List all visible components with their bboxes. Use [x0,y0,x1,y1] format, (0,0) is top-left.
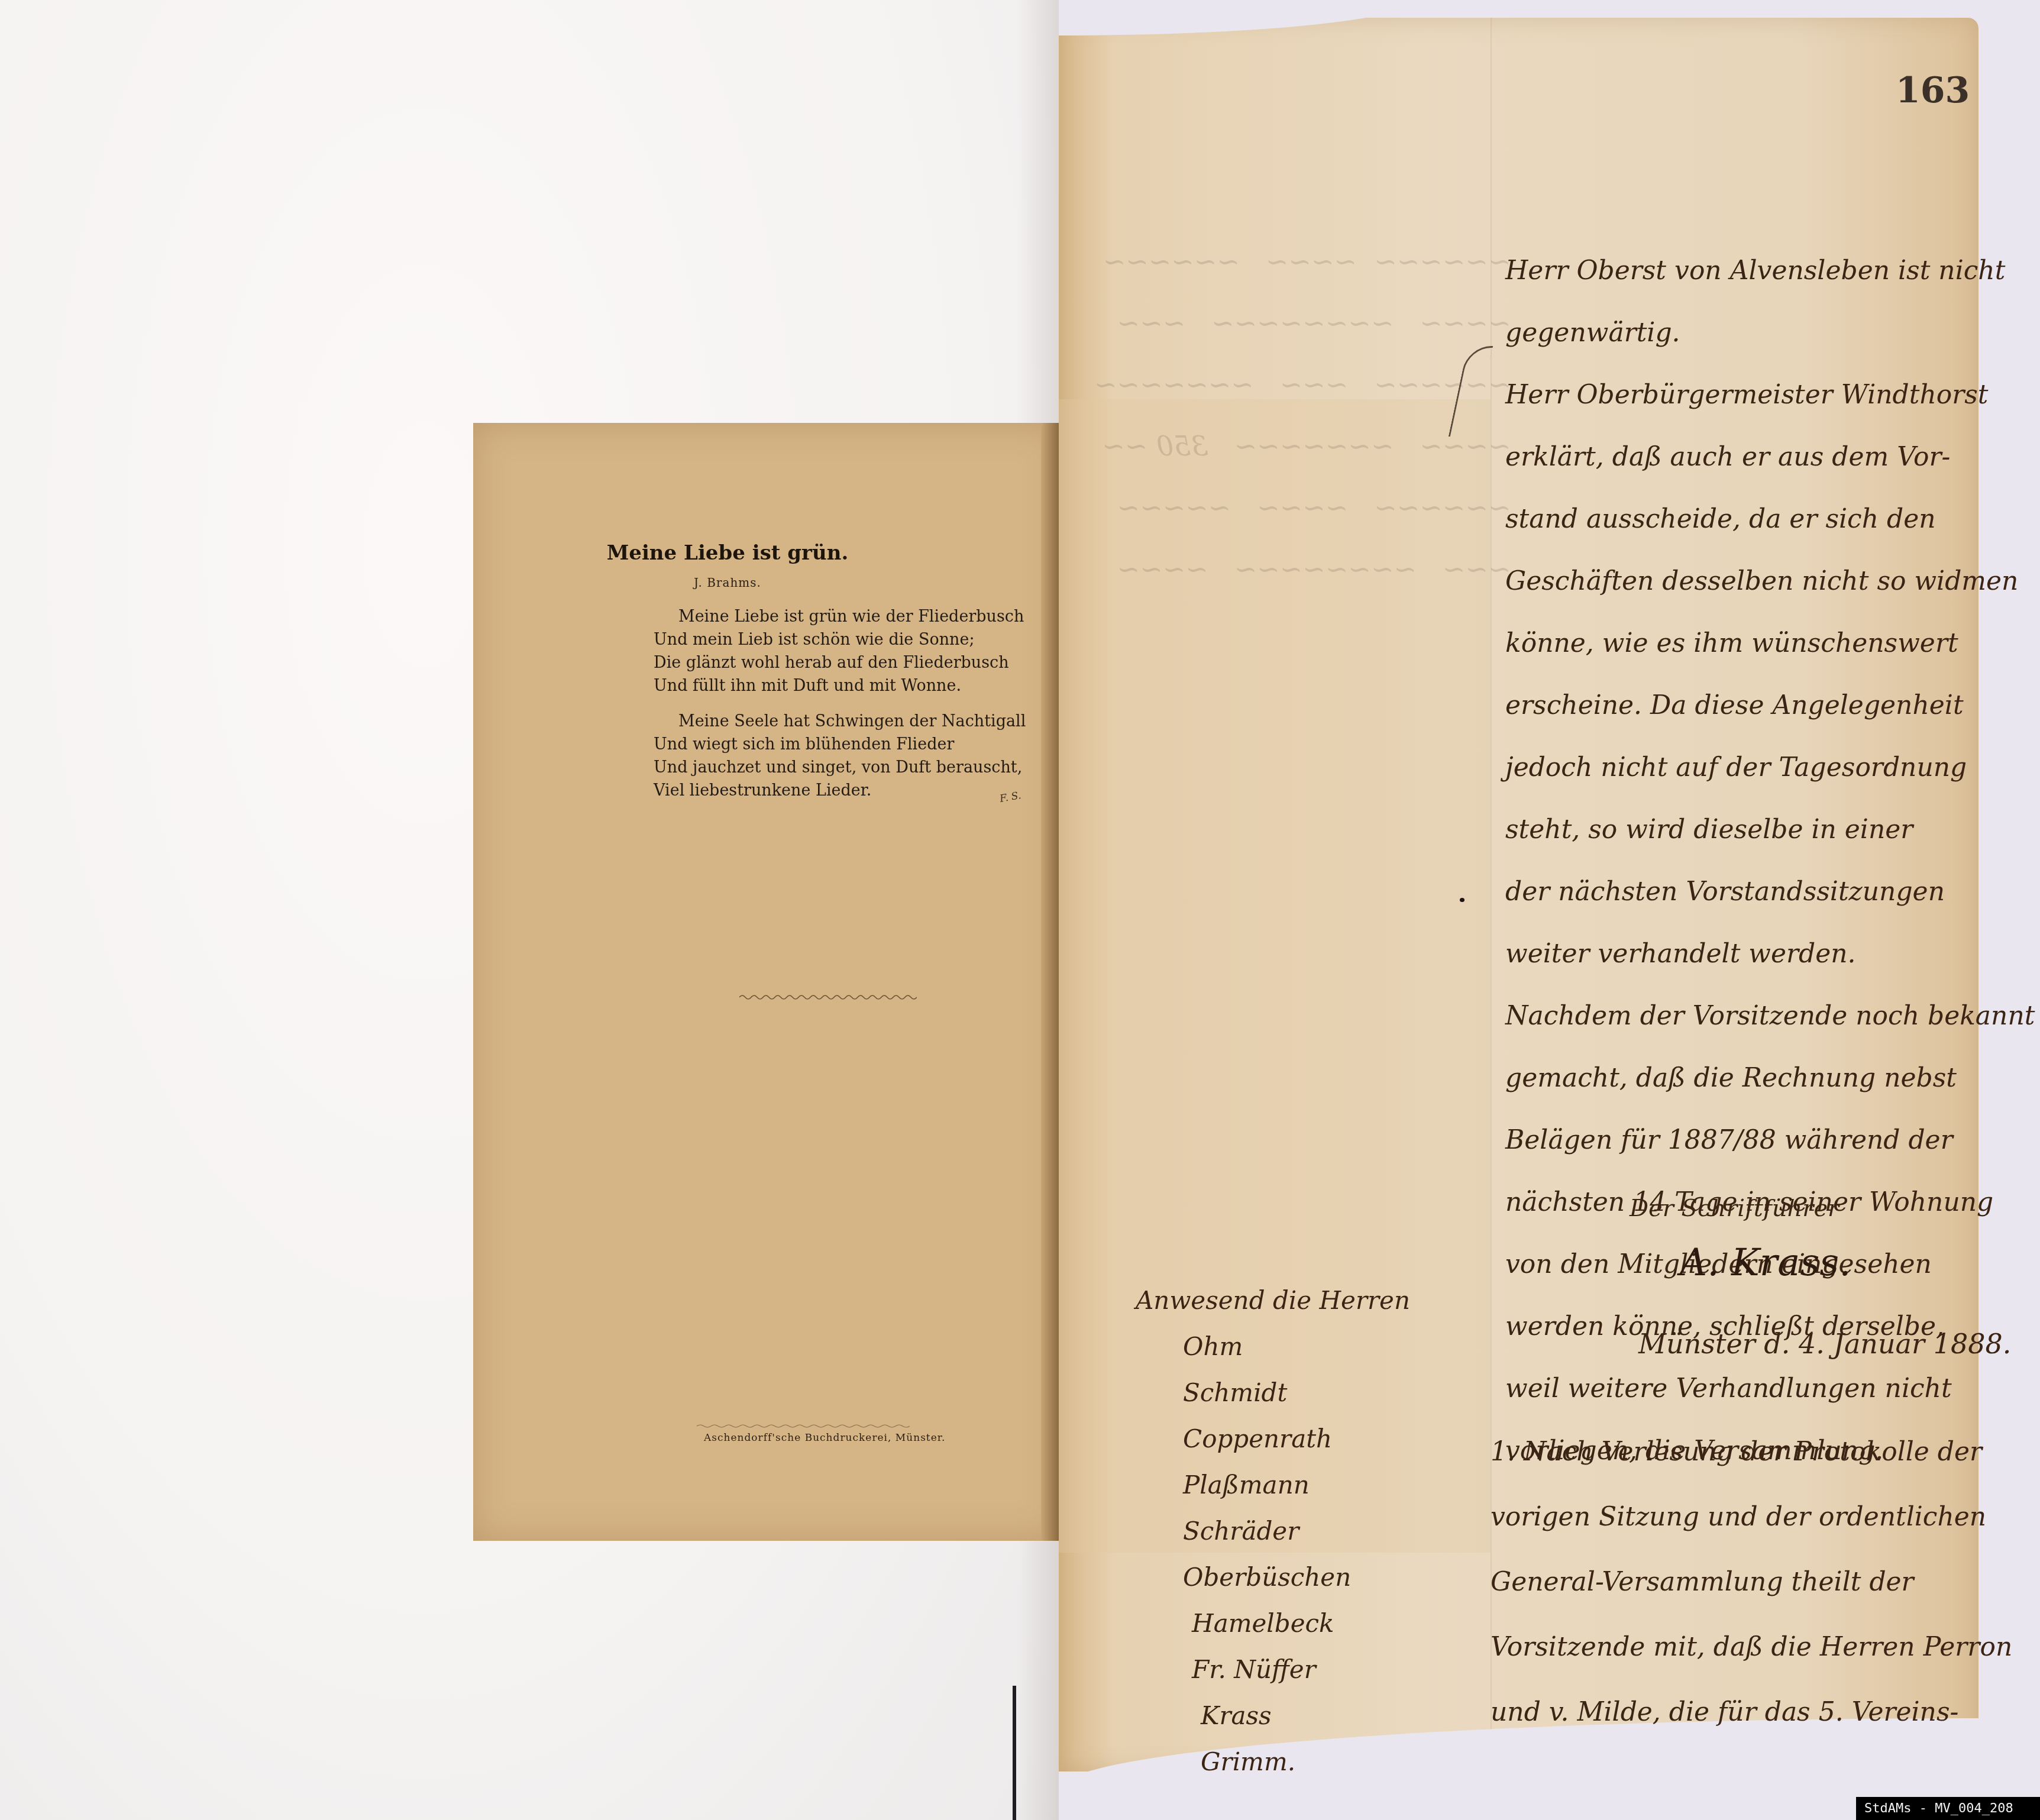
manuscript-line: weil weitere Verhandlungen nicht [1505,1357,2035,1420]
printed-poem-sheet: Meine Liebe ist grün. J. Brahms. Meine L… [473,423,1059,1541]
manuscript-line: Belägen für 1887/88 während der [1505,1109,2035,1171]
manuscript-line: erklärt, daß auch er aus dem Vor- [1505,426,2035,488]
poem-composer: J. Brahms. [473,576,982,590]
poem-stanza-2: Meine Seele hat Schwingen der Nachtigall… [654,710,1026,802]
manuscript-main-text: Herr Oberst von Alvensleben ist nicht ge… [1505,240,2035,1482]
date-line: Münster d. 4. Januar 1888. [1638,1328,2011,1360]
manuscript-line: Herr Oberst von Alvensleben ist nicht [1505,240,2035,302]
poem-line: Meine Liebe ist grün wie der Fliederbusc… [654,605,1024,628]
attendee-name: Ohm [1136,1324,1410,1370]
manuscript-line: Vorsitzende mit, daß die Herren Perron [1491,1615,2012,1680]
agenda-item-1: 1. Nach Verlesung der Protokolle der vor… [1491,1420,2012,1745]
manuscript-line: erscheine. Da diese Angelegenheit [1505,674,2035,736]
wavy-rule-icon [697,1424,910,1428]
poem-line: Meine Seele hat Schwingen der Nachtigall [654,710,1026,733]
poem-title: Meine Liebe ist grün. [473,541,982,565]
page-number: 163 [1896,70,1970,111]
attendee-name: Krass [1136,1693,1410,1739]
signature: A. Krass. [1680,1241,1851,1285]
ink-dot [1460,898,1464,902]
poem-line: Und wiegt sich im blühenden Flieder [654,733,1026,756]
attendance-heading: Anwesend die Herren [1136,1278,1410,1324]
secretary-label: Der Schriftführer [1630,1195,1839,1222]
archive-id-label: StdAMs - MV_004_208 [1856,1797,2040,1820]
poem-line: Und jauchzet und singet, von Duft beraus… [654,756,1026,779]
manuscript-line: stand ausscheide, da er sich den [1505,488,2035,550]
attendee-name: Oberbüschen [1136,1554,1410,1601]
manuscript-line: Nachdem der Vorsitzende noch bekannt [1505,985,2035,1047]
poem-line: Und füllt ihn mit Duft und mit Wonne. [654,674,1024,697]
poem-line: Die glänzt wohl herab auf den Fliederbus… [654,651,1024,674]
wavy-ornament-icon [739,994,917,1001]
manuscript-line: weiter verhandelt werden. [1505,923,2035,985]
manuscript-line: gemacht, daß die Rechnung nebst [1505,1047,2035,1109]
printer-imprint: Aschendorff'sche Buchdruckerei, Münster. [704,1432,945,1444]
attendee-name: Fr. Nüffer [1136,1647,1410,1693]
spine-edge [1013,1686,1016,1820]
attendance-list: Anwesend die Herren Ohm Schmidt Coppenra… [1136,1278,1410,1785]
attendee-name: Schräder [1136,1508,1410,1554]
manuscript-line: General-Versammlung theilt der [1491,1550,2012,1615]
attendee-name: Schmidt [1136,1370,1410,1416]
manuscript-line: 1. Nach Verlesung der Protokolle der [1491,1420,2012,1485]
manuscript-line: gegenwärtig. [1505,302,2035,364]
manuscript-line: vorigen Sitzung und der ordentlichen [1491,1485,2012,1550]
manuscript-line: Geschäften desselben nicht so widmen [1505,550,2035,612]
sheet-edge-shadow [1041,423,1059,1541]
poem-stanza-1: Meine Liebe ist grün wie der Fliederbusc… [654,605,1024,697]
poem-line: Viel liebestrunkene Lieder. [654,779,1026,802]
attendee-name: Plaßmann [1136,1462,1410,1508]
attendee-name: Hamelbeck [1136,1601,1410,1647]
bleed-through-text: ~~~~~~ ~~~~ ~~~~~~ ~~~~ ~~~~~~~~ ~~~ ~~~… [1094,231,1511,600]
manuscript-line: steht, so wird dieselbe in einer [1505,799,2035,861]
manuscript-line: und v. Milde, die für das 5. Vereins- [1491,1680,2012,1745]
manuscript-line: der nächsten Vorstandssitzungen [1505,861,2035,923]
page-top-curve [1059,0,1414,35]
attendee-name: Grimm. [1136,1739,1410,1785]
attendee-name: Coppenrath [1136,1416,1410,1462]
manuscript-line: jedoch nicht auf der Tagesordnung [1505,736,2035,799]
poem-line: Und mein Lieb ist schön wie die Sonne; [654,628,1024,651]
manuscript-line: Herr Oberbürgermeister Windthorst [1505,364,2035,426]
manuscript-line: könne, wie es ihm wünschenswert [1505,612,2035,674]
